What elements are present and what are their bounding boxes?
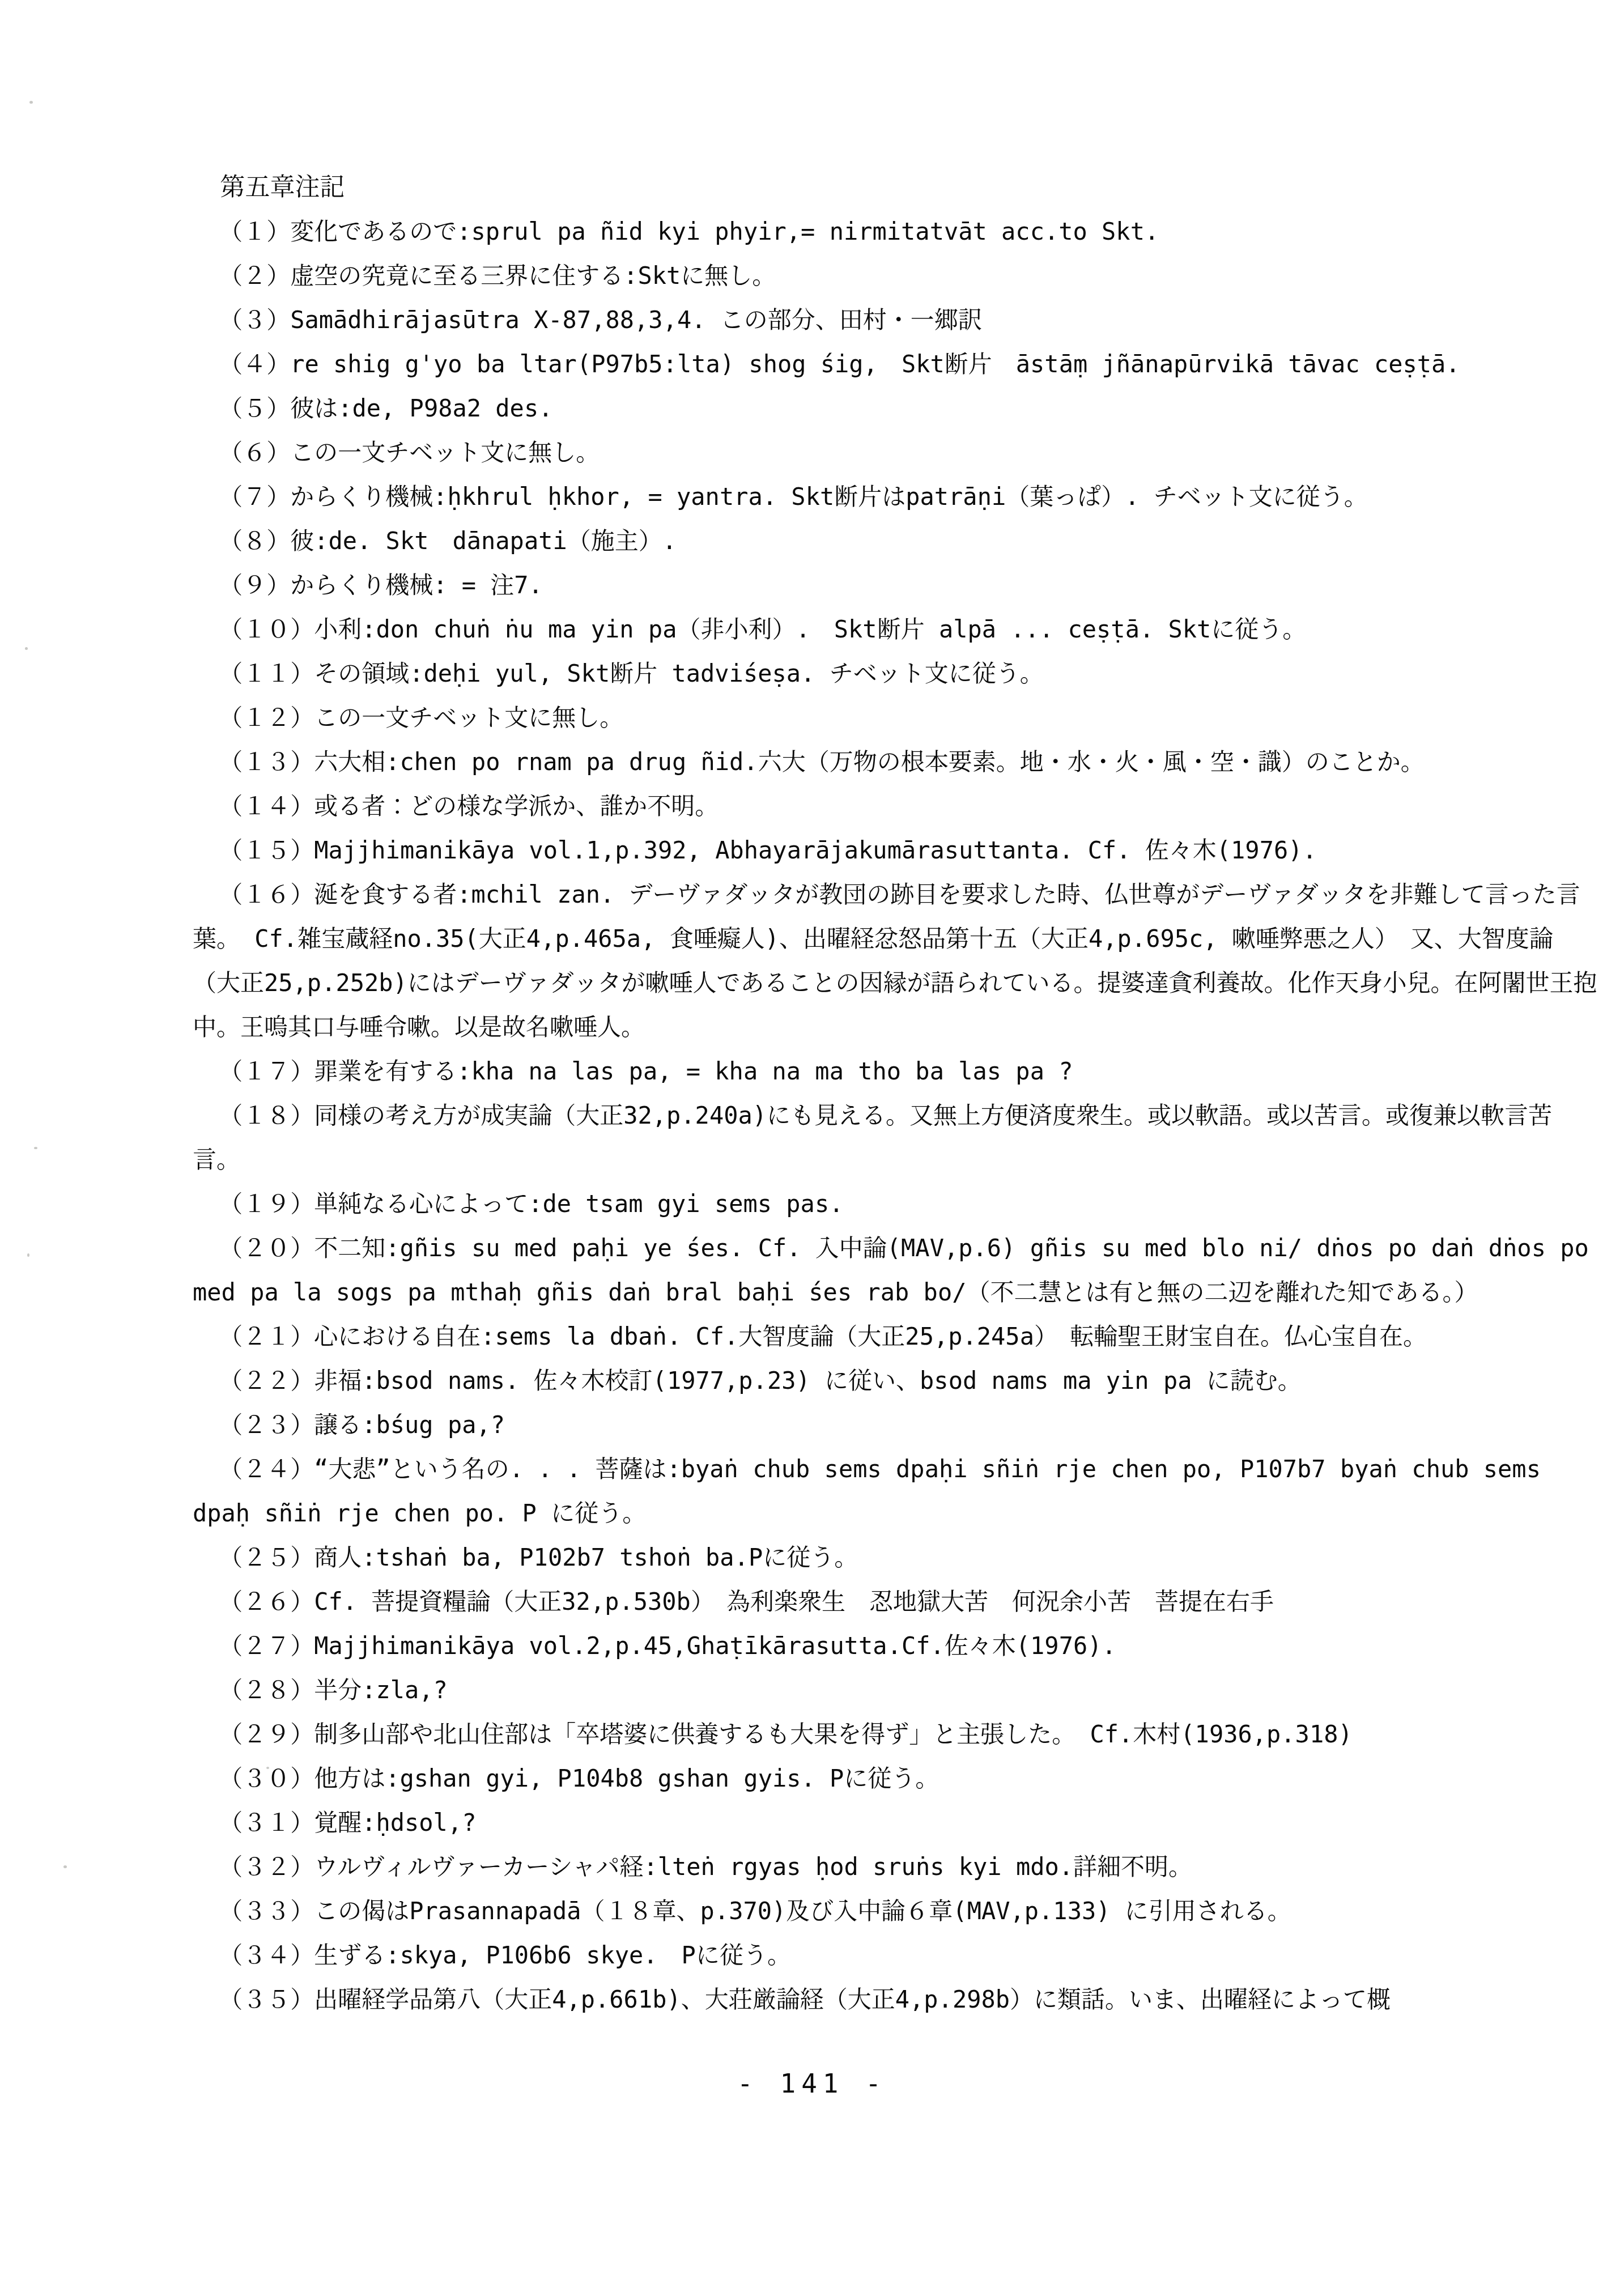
note-item: （６）この一文チベット文に無し。	[193, 431, 1598, 475]
note-item: （５）彼は:de, P98a2 des.	[193, 386, 1598, 431]
note-item: （２６）Cf. 菩提資糧論（大正32,p.530b） 為利楽衆生 忍地獄大苦 何…	[193, 1580, 1598, 1624]
note-item: （２）虚空の究竟に至る三界に住する:Sktに無し。	[193, 254, 1598, 298]
note-item: （２３）譲る:bśug pa,?	[193, 1403, 1598, 1447]
note-item: （３）Samādhirājasūtra X-87,88,3,4. この部分、田村…	[193, 298, 1598, 342]
note-item: （２７）Majjhimanikāya vol.2,p.45,Ghaṭīkāras…	[193, 1624, 1598, 1668]
scan-speck	[25, 647, 28, 650]
note-item: （１５）Majjhimanikāya vol.1,p.392, Abhayarā…	[193, 828, 1598, 873]
note-item: （８）彼:de. Skt dānapati（施主）.	[193, 519, 1598, 563]
note-item: （３４）生ずる:skya, P106b6 skye. Pに従う。	[193, 1933, 1598, 1978]
scan-speck	[27, 1253, 29, 1257]
note-item: （２９）制多山部や北山住部は「卒塔婆に供養するも大果を得ず」と主張した。 Cf.…	[193, 1712, 1598, 1757]
notes-list: （１）変化であるので:sprul pa ñid kyi phyir,= nirm…	[193, 210, 1598, 2022]
note-item: （１６）涎を食する者:mchil zan. デーヴァダッタが教団の跡目を要求した…	[193, 873, 1598, 1049]
note-item: （１９）単純なる心によって:de tsam gyi sems pas.	[193, 1182, 1598, 1226]
note-item: （１）変化であるので:sprul pa ñid kyi phyir,= nirm…	[193, 210, 1598, 254]
scan-speck	[266, 1767, 269, 1769]
note-item: （３２）ウルヴィルヴァーカーシャパ経:lteṅ rgyas ḥod sruṅs …	[193, 1845, 1598, 1889]
note-item: （３５）出曜経学品第八（大正4,p.661b)、大荘厳論経（大正4,p.298b…	[193, 1978, 1598, 2022]
scan-speck	[34, 1147, 37, 1149]
note-item: （２５）商人:tshaṅ ba, P102b7 tshoṅ ba.Pに従う。	[193, 1536, 1598, 1580]
note-item: （１０）小利:don chuṅ ṅu ma yin pa（非小利）. Skt断片…	[193, 607, 1598, 652]
note-item: （３３）この偈はPrasannapadā（１８章、p.370)及び入中論６章(M…	[193, 1889, 1598, 1933]
chapter-notes-title: 第五章注記	[193, 165, 1598, 210]
note-item: （９）からくり機械: = 注7.	[193, 563, 1598, 607]
page-number: - 141 -	[0, 2068, 1624, 2099]
note-item: （１８）同様の考え方が成実論（大正32,p.240a)にも見える。又無上方便済度…	[193, 1094, 1598, 1182]
note-item: （１２）この一文チベット文に無し。	[193, 696, 1598, 740]
note-item: （３１）覚醒:ḥdsol,?	[193, 1801, 1598, 1845]
note-item: （２８）半分:zla,?	[193, 1668, 1598, 1712]
note-item: （１４）或る者：どの様な学派か、誰か不明。	[193, 784, 1598, 828]
note-item: （２０）不二知:gñis su med paḥi ye śes. Cf. 入中論…	[193, 1226, 1598, 1315]
note-item: （２４）“大悲”という名の. . . 菩薩は:byaṅ chub sems dp…	[193, 1447, 1598, 1536]
note-item: （１７）罪業を有する:kha na las pa, = kha na ma th…	[193, 1049, 1598, 1094]
notes-section: 第五章注記 （１）変化であるので:sprul pa ñid kyi phyir,…	[193, 165, 1598, 2022]
note-item: （１１）その領域:deḥi yul, Skt断片 tadviśeṣa. チベット…	[193, 652, 1598, 696]
note-item: （３０）他方は:gshan gyi, P104b8 gshan gyis. Pに…	[193, 1757, 1598, 1801]
note-item: （２１）心における自在:sems la dbaṅ. Cf.大智度論（大正25,p…	[193, 1315, 1598, 1359]
note-item: （１３）六大相:chen po rnam pa drug ñid.六大（万物の根…	[193, 740, 1598, 784]
scanned-page: 第五章注記 （１）変化であるので:sprul pa ñid kyi phyir,…	[0, 0, 1624, 2296]
note-item: （２２）非福:bsod nams. 佐々木校訂(1977,p.23) に従い、b…	[193, 1359, 1598, 1403]
scan-speck	[29, 101, 33, 104]
note-item: （４）re shig g'yo ba ltar(P97b5:lta) shog …	[193, 342, 1598, 386]
scan-speck	[63, 1865, 67, 1868]
note-item: （７）からくり機械:ḥkhrul ḥkhor, = yantra. Skt断片は…	[193, 475, 1598, 519]
